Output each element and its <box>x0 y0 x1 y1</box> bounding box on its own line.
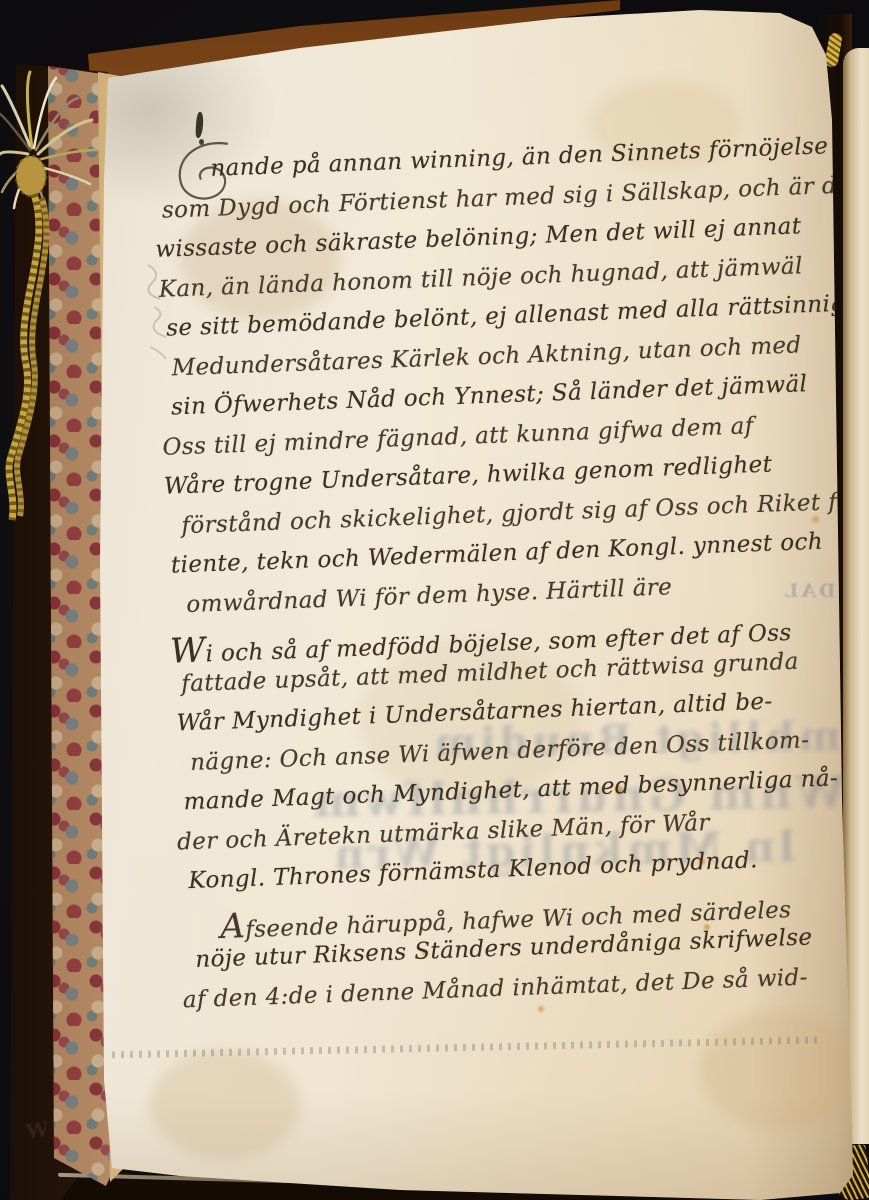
gold-tassel <box>0 58 130 578</box>
ink-drip-mark <box>195 112 204 138</box>
flourished-capital: A <box>219 906 245 947</box>
photograph-of-manuscript-book: W Gmhlligt Bnudim Wnm Gnurrhnlfwm ln Mmk… <box>0 0 869 1200</box>
manuscript-lines: nande på annan winning, än den Sinnets f… <box>152 133 869 1027</box>
manuscript-page: Gmhlligt Bnudim Wnm Gnurrhnlfwm ln Mmknl… <box>0 0 869 1200</box>
paper-stain <box>150 1050 300 1160</box>
paper-stain <box>700 1010 860 1130</box>
edge-ink-mark: W <box>24 1116 52 1143</box>
flourished-capital: W <box>169 630 206 671</box>
